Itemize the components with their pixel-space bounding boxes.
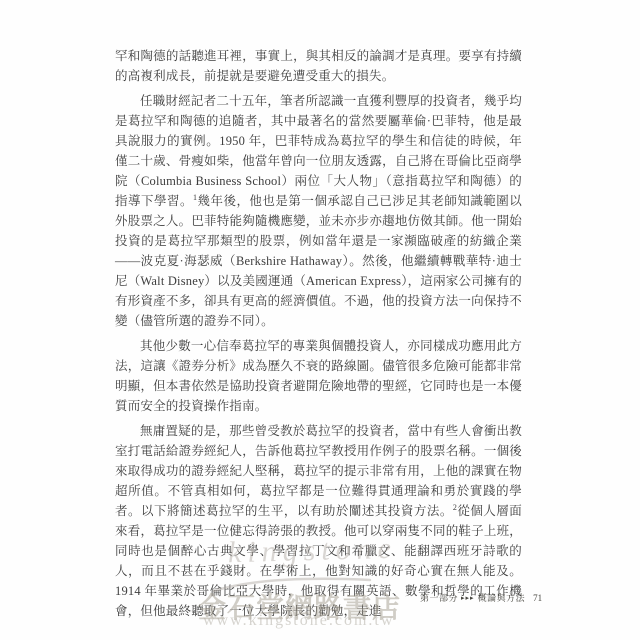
kingstone-script-watermark: kingstone (228, 532, 398, 570)
text-run: 其他少數一心信奉葛拉罕的專業與個體投資人，亦同樣成功應用此方法，這讓《證券分析》… (115, 339, 522, 413)
text-run: 任職財經記者二十五年，筆者所認識一直獲利豐厚的投資者，幾乎均是葛拉罕和陶德的追隨… (115, 94, 522, 208)
paragraph: 任職財經記者二十五年，筆者所認識一直獲利豐厚的投資者，幾乎均是葛拉罕和陶德的追隨… (115, 91, 522, 331)
footer-arrows-icon: ▸▸▸ (461, 594, 475, 602)
kingstone-url-watermark: www.kingstone.com.tw (203, 612, 394, 630)
page-footer: 第一部分 ▸▸▸ 概論與方法 71 (420, 591, 542, 604)
footer-section-label: 第一部分 (420, 591, 458, 604)
footer-page-number: 71 (533, 593, 542, 603)
footer-chapter-label: 概論與方法 (478, 591, 526, 604)
book-page-scan: 罕和陶德的話聽進耳裡，事實上，與其相反的論調才是真理。要享有持續的高複利成長，前… (0, 0, 640, 640)
text-run: 幾年後，他也是第一個承認自己已涉足其老師知識範圍以外股票之人。巴菲特能夠隨機應變… (115, 194, 522, 328)
text-run: 罕和陶德的話聽進耳裡，事實上，與其相反的論調才是真理。要享有持續的高複利成長，前… (115, 49, 522, 83)
paragraph: 罕和陶德的話聽進耳裡，事實上，與其相反的論調才是真理。要享有持續的高複利成長，前… (115, 46, 522, 86)
paragraph: 其他少數一心信奉葛拉罕的專業與個體投資人，亦同樣成功應用此方法，這讓《證券分析》… (115, 336, 522, 416)
